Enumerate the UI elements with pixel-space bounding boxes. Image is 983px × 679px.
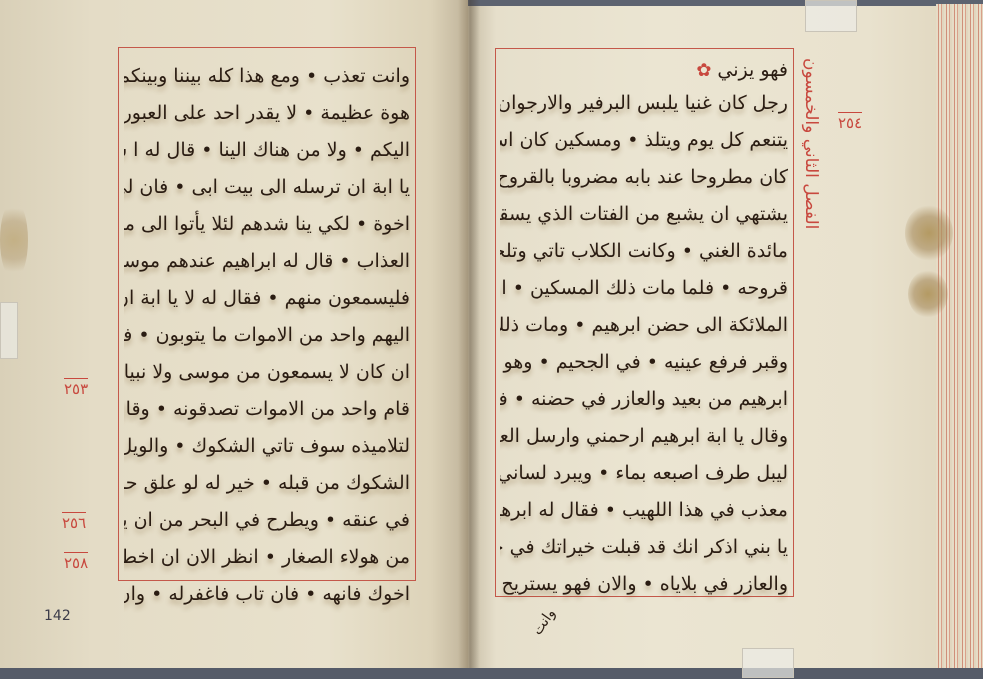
folio-number: 142 xyxy=(44,608,71,624)
water-stain xyxy=(905,205,953,261)
text-line: كان مطروحا عند بابه مضروبا بالقروح • وكا… xyxy=(500,159,788,196)
text-line: الملائكة الى حضن ابرهيم • ومات ذلك الغني xyxy=(500,307,788,344)
paper-tab-top xyxy=(805,0,857,32)
text-line: اخوة • لكي ينا شدهم لئلا يأتوا الى موضع … xyxy=(124,206,410,243)
page-edges xyxy=(936,4,983,674)
text-line: وانت تعذب • ومع هذا كله بيننا وبينكم xyxy=(124,58,410,95)
manuscript-opening: وانت تعذب • ومع هذا كله بيننا وبينكم هوة… xyxy=(0,0,983,679)
text-line: من هولاء الصغار • انظر الان ان اخطا اليك xyxy=(124,539,410,576)
right-page-text: فهو يزني✿ رجل كان غنيا يلبس البرفير والا… xyxy=(500,55,788,603)
water-stain xyxy=(908,270,948,318)
text-line: مائدة الغني • وكانت الكلاب تاتي وتلحس xyxy=(500,233,788,270)
text-line: يا ابة ان ترسله الى بيت ابى • فان لي خمس… xyxy=(124,169,410,206)
chapter-rubric: الفصل الثاني والخمسون xyxy=(796,58,826,288)
text-line: في عنقه • ويطرح في البحر من ان يشك واحد xyxy=(124,502,410,539)
text-line: اليكم • ولا من هناك الينا • قال له ا سال… xyxy=(124,132,410,169)
margin-note: ٢٥٤ xyxy=(838,112,862,132)
text-line: قام واحد من الاموات تصدقونه • وقال xyxy=(124,391,410,428)
text-line: يا بني اذكر انك قد قبلت خيراتك في حياتك xyxy=(500,529,788,566)
paper-tab-left xyxy=(0,302,18,359)
text-line: اليهم واحد من الاموات ما يتوبون • فقال ل… xyxy=(124,317,410,354)
left-page-text: وانت تعذب • ومع هذا كله بيننا وبينكم هوة… xyxy=(124,58,410,613)
text-line: رجل كان غنيا يلبس البرفير والارجوان • وك… xyxy=(500,85,788,122)
text-line: يشتهي ان يشبع من الفتات الذي يسقط من xyxy=(500,196,788,233)
text-line: هوة عظيمة • لا يقدر احد على العبور من ها… xyxy=(124,95,410,132)
heading-line: فهو يزني✿ xyxy=(500,55,788,85)
text-line: لتلاميذه سوف تاتي الشكوك • والويل للذي ت… xyxy=(124,428,410,465)
margin-note: ٢٥٣ xyxy=(64,378,88,398)
text-line: والعازر في بلاياه • والان فهو يستريح هاه… xyxy=(500,566,788,603)
margin-note: ٢٥٦ xyxy=(62,512,86,532)
text-line: وقال يا ابة ابرهيم ارحمني وارسل العازر xyxy=(500,418,788,455)
water-stain xyxy=(0,200,28,280)
rosette-icon: ✿ xyxy=(696,56,711,86)
paper-tab-bottom xyxy=(742,648,794,678)
margin-note: ٢٥٨ xyxy=(64,552,88,572)
text-line: معذب في هذا اللهيب • فقال له ابرهيم xyxy=(500,492,788,529)
text-line: يتنعم كل يوم ويتلذ • ومسكين كان اسمه الع… xyxy=(500,122,788,159)
book-bottom-edge xyxy=(0,668,983,679)
text-line: وقبر فرفع عينيه • في الجحيم • وهو في الع… xyxy=(500,344,788,381)
text-line: العذاب • قال له ابراهيم عندهم موسى والان… xyxy=(124,243,410,280)
text-line: فليسمعون منهم • فقال له لا يا ابة ان لم … xyxy=(124,280,410,317)
gutter-shadow xyxy=(458,0,480,672)
text-line: اخوك فانهه • فان تاب فاغفرله • وان اخطا xyxy=(124,576,410,613)
heading-text: فهو يزني xyxy=(717,59,788,81)
text-line: ابرهيم من بعيد والعازر في حضنه • فنادى xyxy=(500,381,788,418)
text-line: ليبل طرف اصبعه بماء • ويبرد لساني • لاني xyxy=(500,455,788,492)
text-line: ان كان لا يسمعون من موسى ولا نبيا • ولا … xyxy=(124,354,410,391)
text-line: قروحه • فلما مات ذلك المسكين • اخذته xyxy=(500,270,788,307)
text-line: الشكوك من قبله • خير له لو علق حجر رحا ا… xyxy=(124,465,410,502)
